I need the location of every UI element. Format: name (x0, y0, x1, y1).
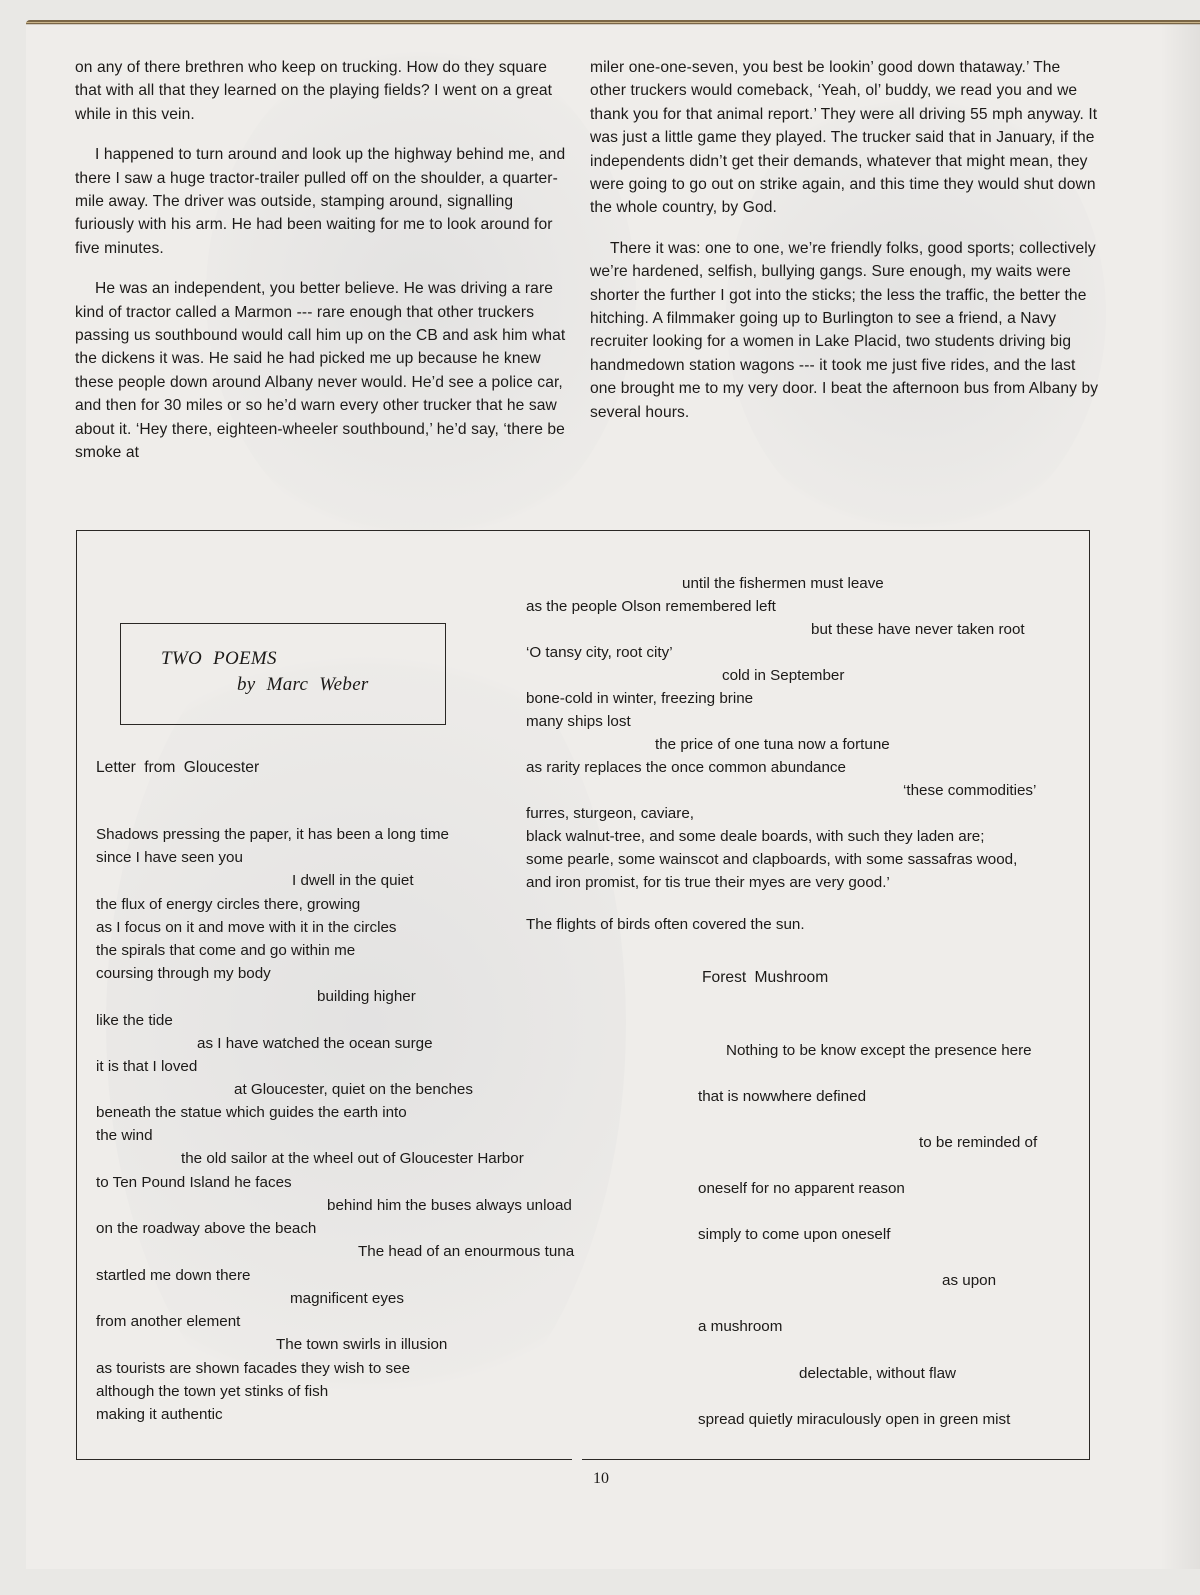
poem-line: some pearle, some wainscot and clapboard… (526, 851, 1017, 869)
poem-line: as tourists are shown facades they wish … (96, 1360, 410, 1378)
poem-line: the price of one tuna now a fortune (655, 736, 890, 754)
poem-line: cold in September (722, 667, 844, 685)
poem-line: behind him the buses always unload (327, 1197, 572, 1215)
poem-line: as rarity replaces the once common abund… (526, 759, 846, 777)
poem-line: magnificent eyes (290, 1290, 404, 1308)
poem-line: on the roadway above the beach (96, 1220, 316, 1238)
poem-line: a mushroom (698, 1318, 782, 1336)
poem-line: but these have never taken root (811, 621, 1025, 639)
poem-line: making it authentic (96, 1406, 223, 1424)
poem-line: as upon (942, 1272, 996, 1290)
frame-bottom-rule (76, 1459, 572, 1460)
poem-line: as the people Olson remembered left (526, 598, 776, 616)
page-number: 10 (593, 1470, 609, 1488)
poem-line: since I have seen you (96, 849, 243, 867)
frame-bottom-rule (582, 1459, 1090, 1460)
poem-line: the old sailor at the wheel out of Glouc… (181, 1150, 524, 1168)
article-column-left: on any of there brethren who keep on tru… (75, 56, 575, 482)
poem-title-forest-mushroom: Forest Mushroom (702, 969, 828, 987)
paragraph: He was an independent, you better believ… (75, 277, 575, 464)
poem-line: The flights of birds often covered the s… (526, 916, 805, 934)
poem-line: the flux of energy circles there, growin… (96, 896, 360, 914)
poem-line: ‘O tansy city, root city’ (526, 644, 673, 662)
poem-line: simply to come upon oneself (698, 1226, 890, 1244)
poem-line: like the tide (96, 1012, 173, 1030)
poem-line: furres, sturgeon, caviare, (526, 805, 694, 823)
poem-line: the wind (96, 1127, 153, 1145)
poem-line: the spirals that come and go within me (96, 942, 355, 960)
poem-line: and iron promist, for tis true their mye… (526, 874, 890, 892)
poem-line: Shadows pressing the paper, it has been … (96, 826, 449, 844)
poem-line: spread quietly miraculously open in gree… (698, 1411, 1010, 1429)
poem-line: building higher (317, 988, 416, 1006)
poems-title-box: TWO POEMS by Marc Weber (120, 623, 446, 725)
poem-line: The town swirls in illusion (276, 1336, 447, 1354)
poems-title: TWO POEMS (161, 648, 277, 670)
poem-line: coursing through my body (96, 965, 271, 983)
article-column-right: miler one-one-seven, you best be lookin’… (590, 56, 1100, 441)
poem-line: delectable, without flaw (799, 1365, 956, 1383)
poem-line: I dwell in the quiet (292, 872, 414, 890)
poem-line: as I have watched the ocean surge (197, 1035, 433, 1053)
paragraph: on any of there brethren who keep on tru… (75, 56, 575, 126)
poem-line: startled me down there (96, 1267, 251, 1285)
paragraph: miler one-one-seven, you best be lookin’… (590, 56, 1100, 220)
poem-line: to Ten Pound Island he faces (96, 1174, 292, 1192)
poem-line: that is nowwhere defined (698, 1088, 866, 1106)
poem-title-letter-from-gloucester: Letter from Gloucester (96, 759, 259, 777)
poem-line: although the town yet stinks of fish (96, 1383, 328, 1401)
poem-line: many ships lost (526, 713, 631, 731)
poem-line: until the fishermen must leave (682, 575, 884, 593)
poem-line: bone-cold in winter, freezing brine (526, 690, 753, 708)
poem-line: from another element (96, 1313, 240, 1331)
poems-byline: by Marc Weber (237, 674, 369, 696)
poem-line: oneself for no apparent reason (698, 1180, 905, 1198)
poem-line: beneath the statue which guides the eart… (96, 1104, 407, 1122)
paragraph: I happened to turn around and look up th… (75, 143, 575, 260)
poem-line: to be reminded of (919, 1134, 1037, 1152)
poem-line: The head of an enourmous tuna (358, 1243, 574, 1261)
poem-line: Nothing to be know except the presence h… (726, 1042, 1032, 1060)
poem-line: it is that I loved (96, 1058, 197, 1076)
poem-line: ‘these commodities’ (903, 782, 1036, 800)
page-edge-shadow (1160, 24, 1200, 1569)
poem-line: at Gloucester, quiet on the benches (234, 1081, 473, 1099)
poem-line: black walnut-tree, and some deale boards… (526, 828, 984, 846)
paragraph: There it was: one to one, we’re friendly… (590, 237, 1100, 424)
poem-line: as I focus on it and move with it in the… (96, 919, 397, 937)
